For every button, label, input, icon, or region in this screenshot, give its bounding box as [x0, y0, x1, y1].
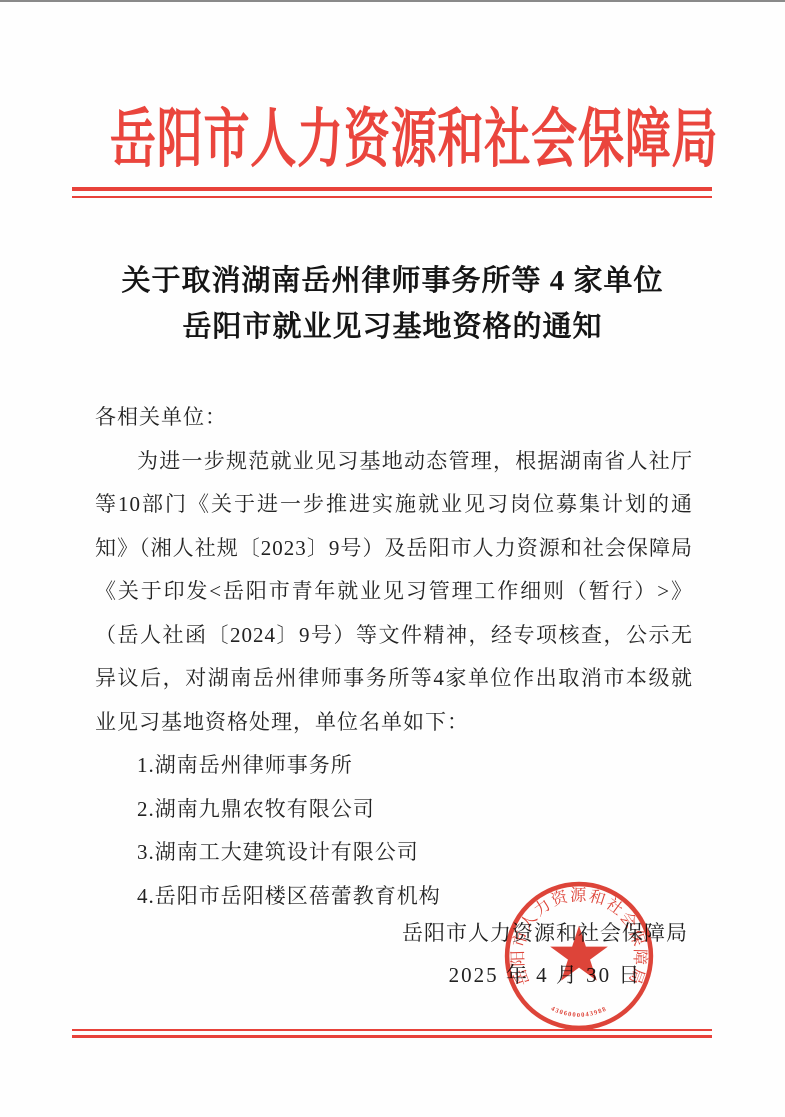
letterhead-divider-rule	[72, 187, 712, 198]
document-body: 各相关单位： 为进一步规范就业见习基地动态管理，根据湖南省人社厅等10部门《关于…	[95, 396, 693, 918]
star-icon	[550, 926, 608, 981]
list-item: 1.湖南岳州律师事务所	[95, 744, 693, 788]
document-title-line1: 关于取消湖南岳州律师事务所等 4 家单位	[0, 258, 785, 304]
list-item: 3.湖南工大建筑设计有限公司	[95, 831, 693, 875]
seal-code: 4306000043988	[550, 1005, 608, 1018]
list-item: 2.湖南九鼎农牧有限公司	[95, 788, 693, 832]
scanned-notice-page: 岳阳市人力资源和社会保障局 关于取消湖南岳州律师事务所等 4 家单位 岳阳市就业…	[0, 0, 785, 1117]
body-paragraph: 为进一步规范就业见习基地动态管理，根据湖南省人社厅等10部门《关于进一步推进实施…	[95, 440, 693, 745]
letterhead-title: 岳阳市人力资源和社会保障局	[110, 94, 675, 186]
salutation: 各相关单位：	[95, 396, 693, 440]
official-seal: 岳阳市人力资源和社会保障局 4306000043988	[500, 878, 658, 1034]
document-title: 关于取消湖南岳州律师事务所等 4 家单位 岳阳市就业见习基地资格的通知	[0, 258, 785, 350]
document-title-line2: 岳阳市就业见习基地资格的通知	[0, 304, 785, 350]
footer-rule	[72, 1029, 712, 1038]
scan-edge-line	[0, 0, 785, 2]
